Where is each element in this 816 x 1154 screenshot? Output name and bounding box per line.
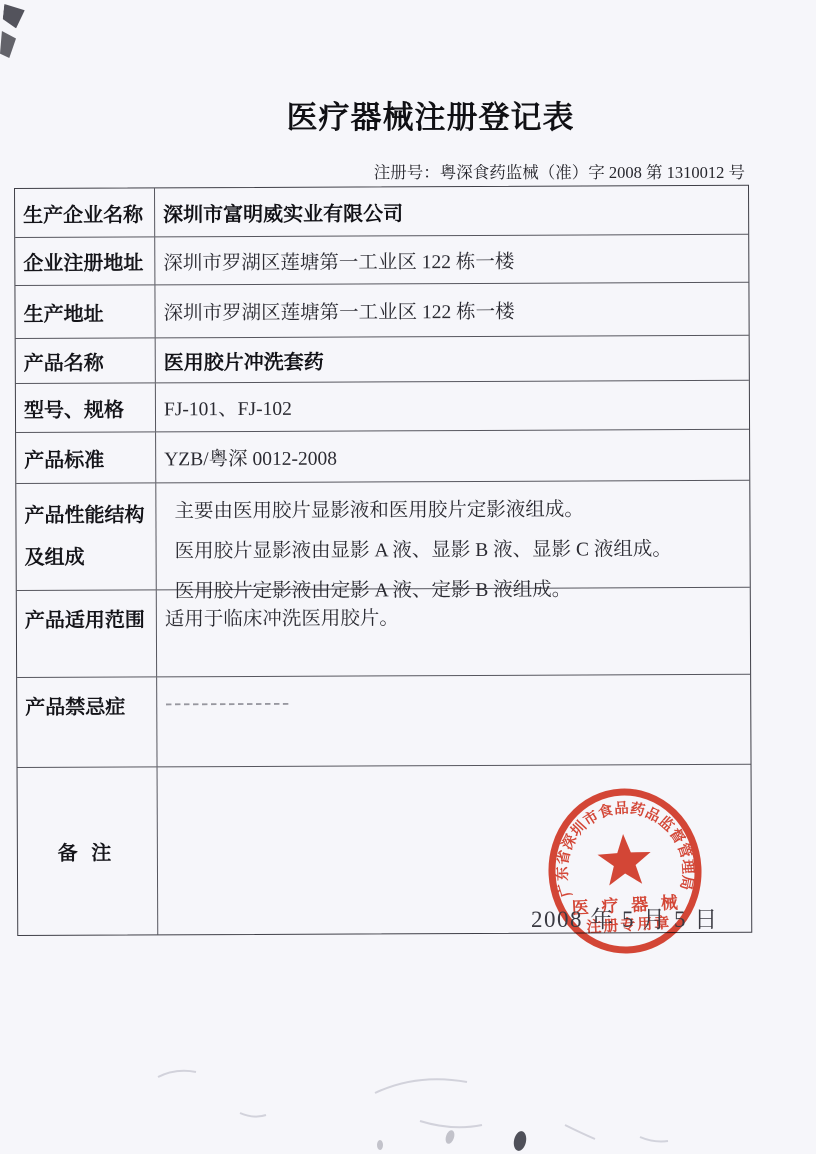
row-label: 型号、规格 bbox=[16, 383, 156, 432]
table-row: 生产企业名称 深圳市富明威实业有限公司 bbox=[15, 186, 748, 238]
stamp-star-icon bbox=[597, 833, 653, 886]
approval-date: 2008 年 5 月 5 日 bbox=[531, 901, 719, 934]
row-value: 深圳市罗湖区莲塘第一工业区 122 栋一楼 bbox=[155, 283, 748, 338]
ink-blot bbox=[512, 1130, 528, 1152]
row-value: 深圳市富明威实业有限公司 bbox=[155, 186, 748, 237]
document-page: 医疗器械注册登记表 注册号：粤深食药监械（准）字 2008 第 1310012 … bbox=[0, 0, 816, 1154]
value-line: 主要由医用胶片显影液和医用胶片定影液组成。 bbox=[174, 490, 749, 533]
row-label: 产品名称 bbox=[16, 338, 156, 383]
table-row: 企业注册地址 深圳市罗湖区莲塘第一工业区 122 栋一楼 bbox=[15, 235, 748, 286]
row-label: 企业注册地址 bbox=[15, 237, 155, 285]
row-value: 医用胶片冲洗套药 bbox=[156, 336, 749, 383]
row-label: 备 注 bbox=[18, 767, 159, 935]
row-label: 生产企业名称 bbox=[15, 188, 155, 237]
table-row: 产品性能结构 及组成 主要由医用胶片显影液和医用胶片定影液组成。 医用胶片显影液… bbox=[16, 481, 749, 591]
table-row: 产品名称 医用胶片冲洗套药 bbox=[16, 336, 749, 384]
row-label: 产品标准 bbox=[16, 432, 156, 483]
table-row: 产品标准 YZB/粤深 0012-2008 bbox=[16, 430, 749, 484]
registration-number: 注册号：粤深食药监械（准）字 2008 第 1310012 号 bbox=[14, 159, 745, 183]
scan-artifact-mark bbox=[2, 4, 25, 29]
row-value: FJ-101、FJ-102 bbox=[156, 381, 749, 432]
scan-artifact-mark bbox=[0, 31, 16, 58]
row-value: -------------- bbox=[157, 675, 750, 767]
row-label: 产品性能结构 及组成 bbox=[16, 483, 156, 590]
table-row: 型号、规格 FJ-101、FJ-102 bbox=[16, 381, 749, 433]
table-row: 产品禁忌症 -------------- bbox=[17, 675, 750, 768]
table-row: 产品适用范围 适用于临床冲洗医用胶片。 bbox=[17, 588, 750, 678]
row-value: YZB/粤深 0012-2008 bbox=[156, 430, 749, 483]
label-line: 产品性能结构 bbox=[24, 494, 153, 537]
pencil-scribbles bbox=[120, 1055, 700, 1154]
row-label: 产品禁忌症 bbox=[17, 677, 157, 767]
page-title: 医疗器械注册登记表 bbox=[45, 92, 816, 137]
value-line: 医用胶片显影液由显影 A 液、显影 B 液、显影 C 液组成。 bbox=[175, 530, 750, 573]
row-label: 生产地址 bbox=[15, 285, 155, 338]
label-line: 及组成 bbox=[25, 536, 154, 579]
row-value: 适用于临床冲洗医用胶片。 bbox=[157, 588, 750, 677]
row-label: 产品适用范围 bbox=[17, 590, 157, 677]
row-value: 深圳市罗湖区莲塘第一工业区 122 栋一楼 bbox=[155, 235, 748, 285]
row-value: 主要由医用胶片显影液和医用胶片定影液组成。 医用胶片显影液由显影 A 液、显影 … bbox=[156, 481, 749, 590]
table-row: 生产地址 深圳市罗湖区莲塘第一工业区 122 栋一楼 bbox=[15, 283, 748, 339]
